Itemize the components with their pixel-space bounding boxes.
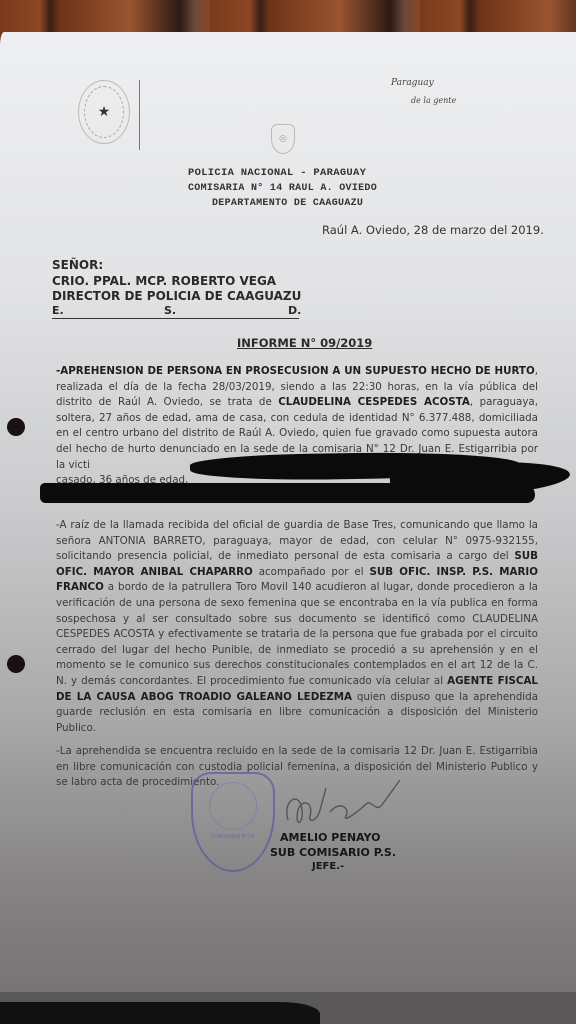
paragraph-2: -A raíz de la llamada recibida del ofici…: [56, 518, 538, 736]
report-title: INFORME N° 09/2019: [237, 336, 372, 350]
redaction: [40, 483, 535, 503]
date-line: Raúl A. Oviedo, 28 de marzo del 2019.: [322, 223, 544, 237]
signer-name: AMELIO PENAYO: [280, 831, 380, 844]
signer-rank: SUB COMISARIO P.S.: [270, 846, 396, 859]
esd-line: E. S. D.: [52, 304, 299, 319]
punch-hole: [7, 655, 25, 673]
org-line1: POLICIA NACIONAL - PARAGUAY: [188, 167, 366, 179]
salutation: SEÑOR:: [52, 258, 103, 272]
motto-line2: de la gente: [411, 96, 456, 105]
shadow: [0, 1002, 320, 1024]
republic-seal-icon: ★: [78, 80, 130, 144]
addressee-name: CRIO. PPAL. MCP. ROBERTO VEGA: [52, 274, 276, 288]
org-line3: DEPARTAMENTO DE CAAGUAZU: [212, 198, 363, 209]
motto-line1: Paraguay: [391, 78, 434, 88]
header-divider: [139, 80, 140, 150]
punch-hole: [7, 418, 25, 436]
signer-role: JEFE.-: [312, 861, 344, 872]
addressee-title: DIRECTOR DE POLICIA DE CAAGUAZU: [52, 289, 301, 303]
org-line2: COMISARIA N° 14 RAUL A. OVIEDO: [188, 183, 377, 194]
police-badge-icon: ◎: [271, 124, 295, 154]
